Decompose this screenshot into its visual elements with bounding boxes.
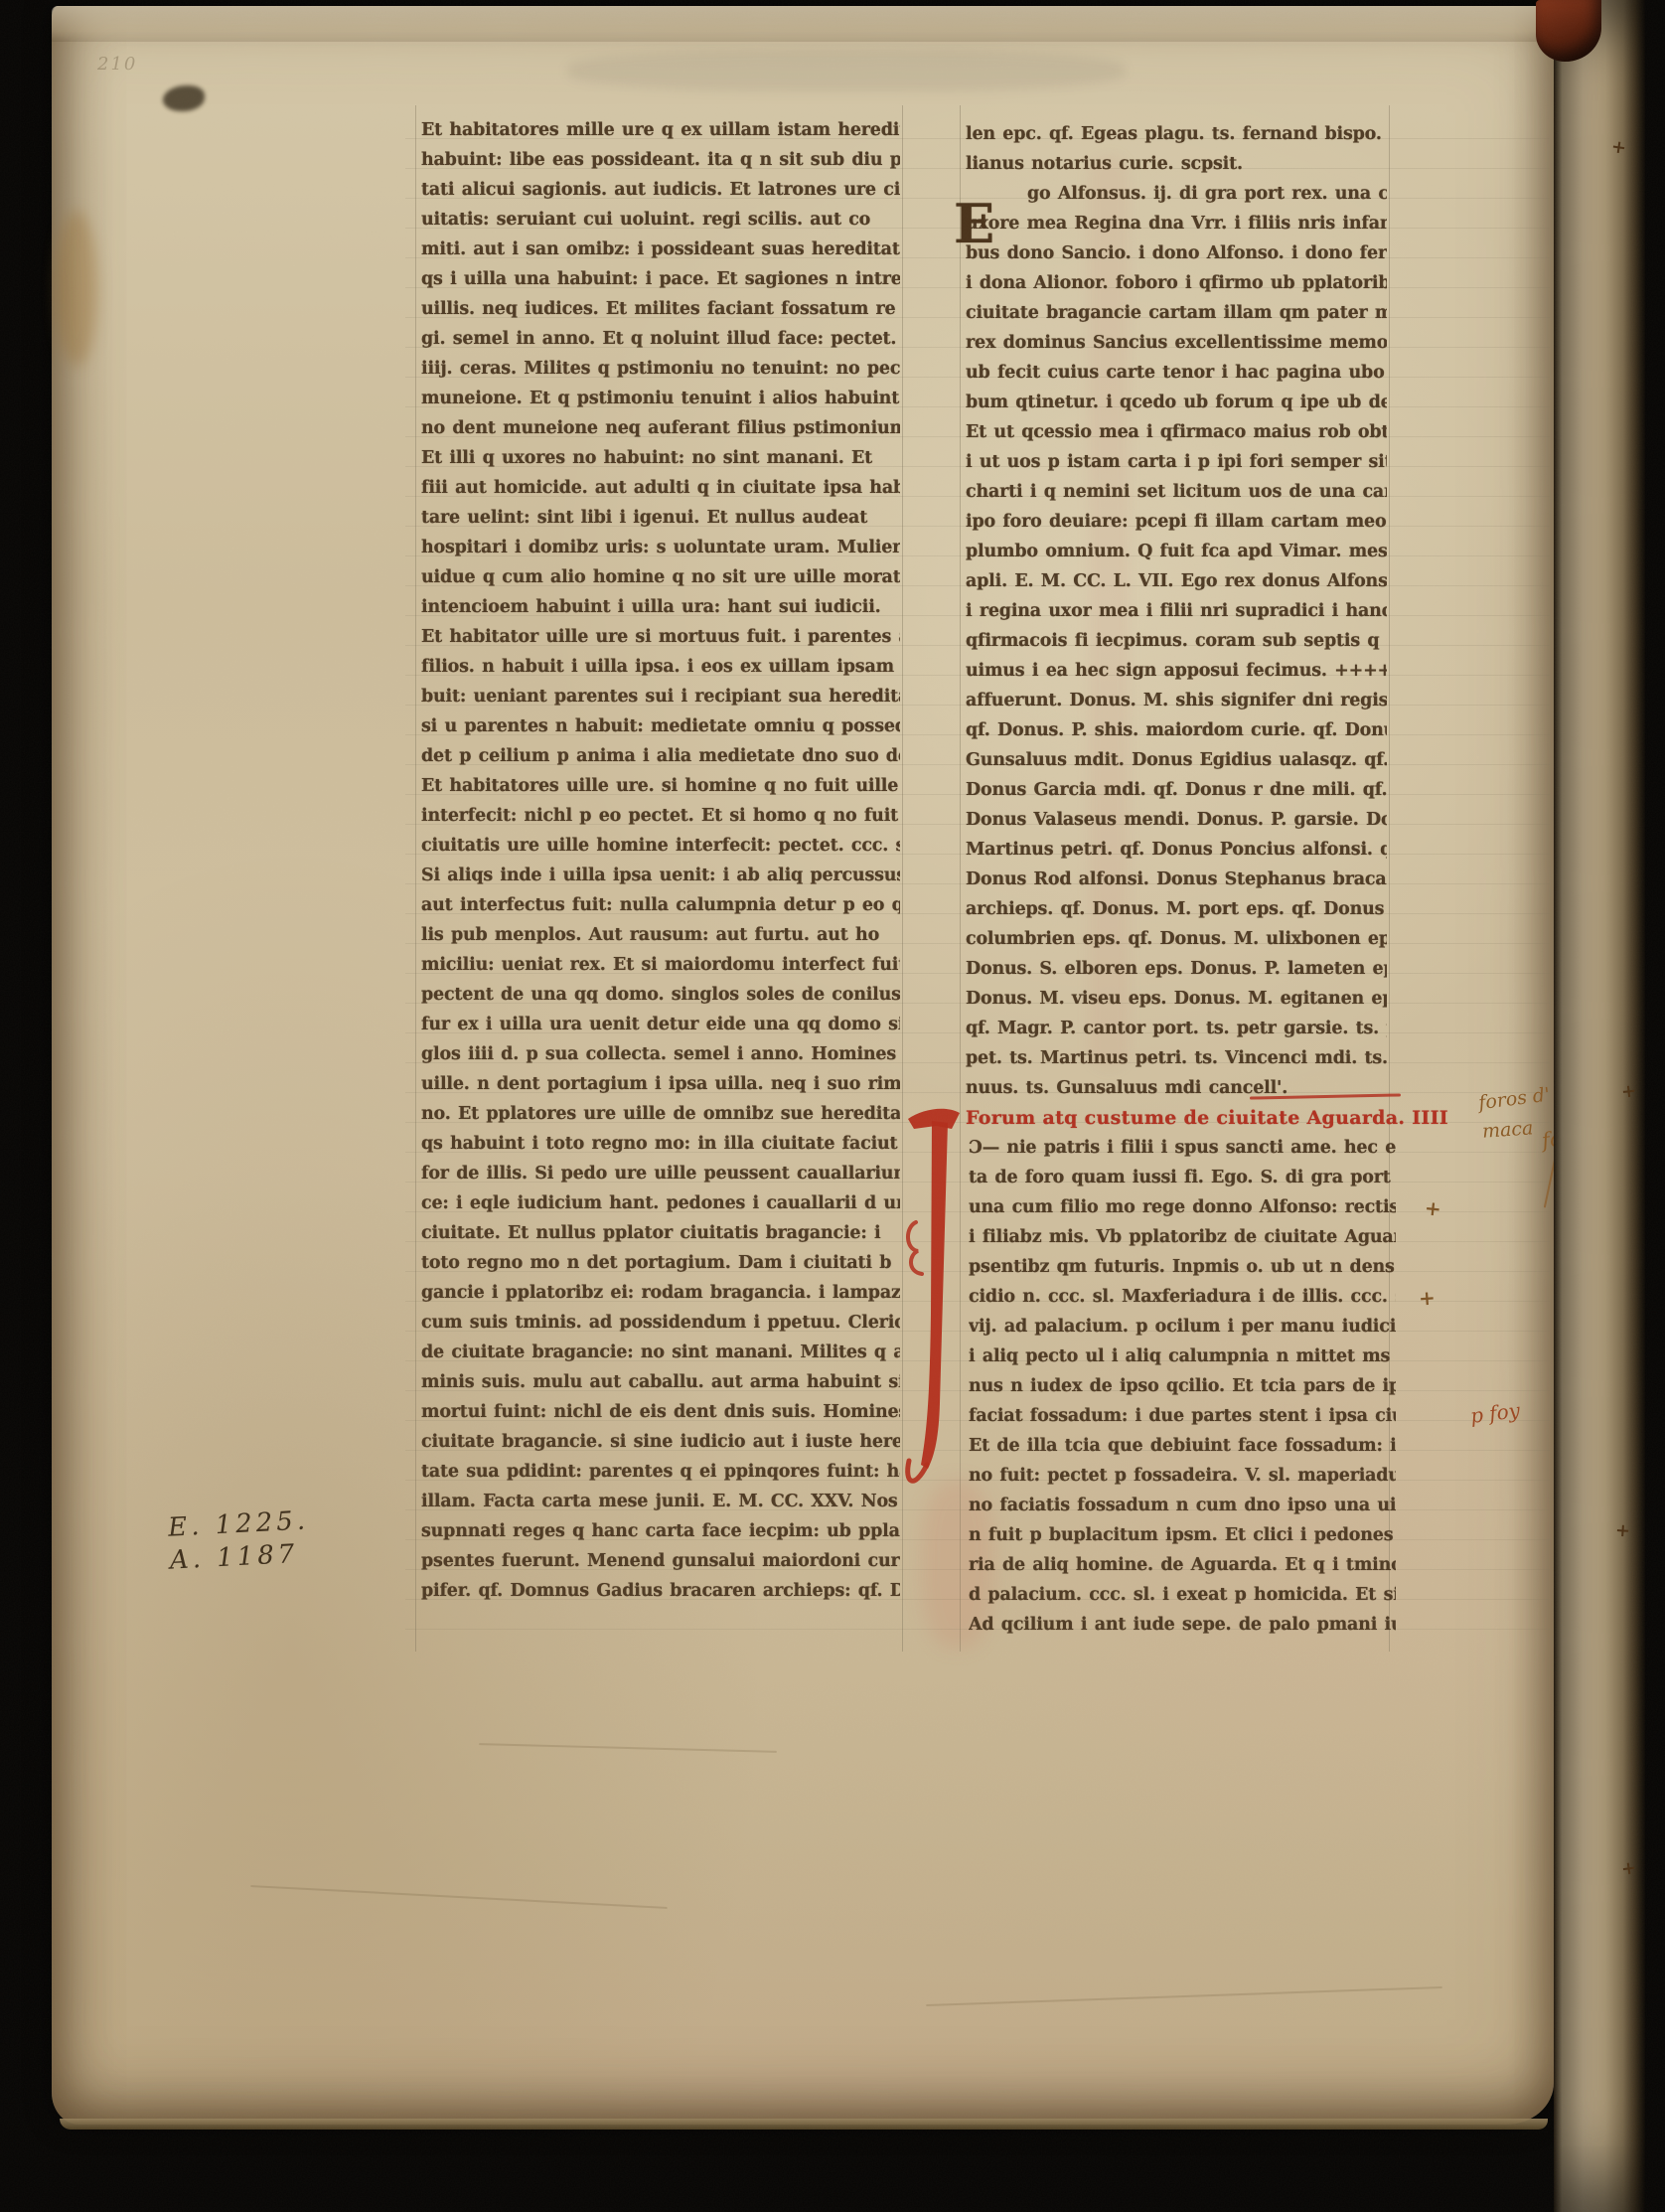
text-line: nus n iudex de ipso qcilio. Et tcia pars… [969, 1371, 1396, 1402]
text-line: Donus. M. viseu eps. Donus. M. egitanen … [966, 984, 1387, 1015]
text-line: tate sua pdidint: parentes q ei ppinqore… [421, 1457, 900, 1488]
text-line: supnnati reges q hanc carta face iecpim:… [421, 1516, 900, 1547]
margin-cross-mark: + [1424, 1195, 1442, 1221]
text-line: lianus notarius curie. scpsit. [966, 149, 1387, 180]
text-line: buit: ueniant parentes sui i recipiant s… [421, 682, 900, 712]
text-line: muneione. Et q pstimoniu tenuint i alios… [421, 384, 900, 414]
text-line: Donus Rod alfonsi. Donus Stephanus braca… [966, 865, 1387, 895]
text-line: Et habitatores mille ure q ex uillam ist… [421, 115, 900, 146]
text-line: habuint: libe eas possideant. ita q n si… [421, 145, 900, 176]
text-line: cum suis tminis. ad possidendum i ppetuu… [421, 1308, 900, 1339]
text-line: Et de illa tcia que debiuint face fossad… [969, 1431, 1396, 1462]
text-line: qs habuint i toto regno mo: in illa ciui… [421, 1129, 900, 1160]
margin-cross-mark: + [1418, 1285, 1436, 1310]
text-line: si u parentes n habuit: medietate omniu … [421, 711, 900, 742]
text-line: ciuitatis ure uille homine interfecit: p… [421, 831, 900, 862]
text-line: pectent de una qq domo. singlos soles de… [421, 980, 900, 1011]
text-line: ciuitate. Et nullus pplator ciuitatis br… [421, 1218, 900, 1249]
text-line: Martinus petri. qf. Donus Poncius alfons… [966, 835, 1387, 866]
text-line: no. Et pplatores ure uille de omnibz sue… [421, 1099, 900, 1130]
text-line: Gunsaluus mdit. Donus Egidius ualasqz. q… [966, 745, 1387, 776]
text-line: Donus Valaseus mendi. Donus. P. garsie. … [966, 805, 1387, 836]
right-text-column-forum-aguarda: Ɔ— nie patris i filii i spus sancti ame.… [969, 1133, 1396, 1640]
text-line: Ɔ— nie patris i filii i spus sancti ame.… [969, 1133, 1396, 1164]
text-line: i aliq pecto ul i aliq calumpnia n mitte… [969, 1342, 1396, 1372]
text-line: nuus. ts. Gunsaluus mdi cancell'. [966, 1073, 1387, 1104]
text-line: qfirmacois fi iecpimus. coram sub septis… [966, 626, 1387, 657]
text-line: Donus Garcia mdi. qf. Donus r dne mili. … [966, 775, 1387, 806]
text-line: hospitari i domibz uris: s uoluntate ura… [421, 533, 900, 563]
text-line: miciliu: ueniat rex. Et si maiordomu int… [421, 950, 900, 981]
text-line: fur ex i uilla ura uenit detur eide una … [421, 1010, 900, 1040]
text-line: psentibz qm futuris. Inpmis o. ub ut n d… [969, 1252, 1396, 1283]
ink-offset-smudge [568, 50, 1125, 91]
text-line: no dent muneione neq auferant filius pst… [421, 413, 900, 444]
text-line: glos iiii d. p sua collecta. semel i ann… [421, 1039, 900, 1070]
text-line: plumbo omnium. Q fuit fca apd Vimar. mes… [966, 537, 1387, 567]
text-line: lis pub menplos. Aut rausum: aut furtu. … [421, 920, 900, 951]
text-line: tare uelint: sint libi i igenui. Et null… [421, 503, 900, 534]
next-folio-edge: + + + + [1554, 0, 1645, 2212]
parchment-crease [926, 1986, 1442, 2006]
text-line: uille. n dent portagium i ipsa uilla. ne… [421, 1069, 900, 1100]
text-line: una cum filio mo rege donno Alfonso: rec… [969, 1192, 1396, 1223]
text-line: qf. Donus. P. shis. maiordom curie. qf. … [966, 715, 1387, 746]
text-line: intencioem habuint i uilla ura: hant sui… [421, 592, 900, 623]
year-line: A. 1187 [169, 1537, 311, 1577]
folio-number: 210 [97, 54, 137, 75]
text-line: Et habitator uille ure si mortuus fuit. … [421, 622, 900, 653]
text-line: uimus i ea hec sign apposui fecimus. +++… [966, 656, 1387, 687]
text-line: qf. Magr. P. cantor port. ts. petr garsi… [966, 1014, 1387, 1044]
text-line: qs i uilla una habuint: i pace. Et sagio… [421, 264, 900, 295]
text-line: Ad qcilium i ant iude sepe. de palo pman… [969, 1610, 1396, 1641]
text-line: Donus. S. elboren eps. Donus. P. lameten… [966, 954, 1387, 985]
text-line: uitatis: seruiant cui uoluint. regi scil… [421, 205, 900, 236]
ruling-vertical-line [415, 105, 416, 1652]
text-line: minis suis. mulu aut caballu. aut arma h… [421, 1367, 900, 1398]
text-line: pifer. qf. Domnus Gadius bracaren archie… [421, 1576, 900, 1607]
text-line: miti. aut i san omibz: i possideant suas… [421, 235, 900, 265]
text-line: de ciuitate bragancie: no sint manani. M… [421, 1338, 900, 1368]
text-line: ciuitate bragancie. si sine iudicio aut … [421, 1427, 900, 1458]
initial-letter-i-decorated [902, 1105, 964, 1506]
text-line: i regina uxor mea i filii nri supradici … [966, 596, 1387, 627]
right-text-column-charter: len epc. qf. Egeas plagu. ts. fernand bi… [966, 119, 1387, 1103]
text-line: psentes fuerunt. Menend gunsalui maiordo… [421, 1546, 900, 1577]
text-line: toto regno mo n det portagium. Dam i ciu… [421, 1248, 900, 1279]
text-line: vij. ad palacium. p ocilum i per manu iu… [969, 1312, 1396, 1343]
text-line: charti i q nemini set licitum uos de una… [966, 477, 1387, 508]
text-line: ria de aliq homine. de Aguarda. Et q i t… [969, 1550, 1396, 1581]
parchment-crease [479, 1743, 777, 1753]
page-bottom-edge [60, 2119, 1548, 2130]
manuscript-photo: 210 Et habitatores mille ure q ex uillam… [0, 0, 1665, 2212]
text-line: det p ceilium p anima i alia medietate d… [421, 741, 900, 772]
text-line: i ut uos p istam carta i p ipi fori semp… [966, 447, 1387, 478]
edge-cross-mark: + [1620, 1857, 1638, 1880]
text-line: Si aliqs inde i uilla ipsa uenit: i ab a… [421, 861, 900, 891]
initial-letter-e: E [954, 197, 994, 250]
text-line: uxore mea Regina dna Vrr. i filiis nris … [966, 209, 1387, 239]
text-line: iiij. ceras. Milites q pstimoniu no tenu… [421, 354, 900, 385]
edge-cross-mark: + [1620, 1080, 1637, 1102]
text-line: bum qtinetur. i qcedo ub forum q ipe ub … [966, 388, 1387, 418]
text-line: for de illis. Si pedo ure uille peussent… [421, 1159, 900, 1189]
text-line: fiii aut homicide. aut adulti q in ciuit… [421, 473, 900, 504]
parchment-crease [250, 1885, 668, 1909]
text-line: n fuit p buplacitum ipsm. Et clici i ped… [969, 1520, 1396, 1551]
text-line: len epc. qf. Egeas plagu. ts. fernand bi… [966, 119, 1387, 150]
text-line: i dona Alionor. foboro i qfirmo ub pplat… [966, 268, 1387, 299]
parchment-page: 210 Et habitatores mille ure q ex uillam… [52, 6, 1554, 2125]
text-line: faciat fossadum: i due partes stent i ip… [969, 1401, 1396, 1432]
text-line: interfecit: nichl p eo pectet. Et si hom… [421, 801, 900, 832]
text-line: bus dono Sancio. i dono Alfonso. i dono … [966, 238, 1387, 269]
text-line: d palacium. ccc. sl. i exeat p homicida.… [969, 1580, 1396, 1611]
text-line: rex dominus Sancius excellentissime memo… [966, 328, 1387, 359]
text-line: Et illi q uxores no habuint: no sint man… [421, 443, 900, 474]
text-line: no fuit: pectet p fossadeira. V. sl. map… [969, 1461, 1396, 1492]
text-line: aut interfectus fuit: nulla calumpnia de… [421, 890, 900, 921]
edge-cross-mark: + [1610, 136, 1628, 159]
text-line: affuerunt. Donus. M. shis signifer dni r… [966, 686, 1387, 716]
text-line: archieps. qf. Donus. M. port eps. qf. Do… [966, 894, 1387, 925]
text-line: Et habitatores uille ure. si homine q no… [421, 771, 900, 802]
text-line: no faciatis fossadum n cum dno ipso una … [969, 1491, 1396, 1521]
text-line: gi. semel in anno. Et q noluint illud fa… [421, 324, 900, 355]
archivist-date-note: E. 1225. A. 1187 [167, 1504, 311, 1577]
text-line: mortui fuint: nichl de eis dent dnis sui… [421, 1397, 900, 1428]
text-line: go Alfonsus. ij. di gra port rex. una cu… [966, 179, 1387, 210]
text-line: pet. ts. Martinus petri. ts. Vincenci md… [966, 1043, 1387, 1074]
text-line: apli. E. M. CC. L. VII. Ego rex donus Al… [966, 566, 1387, 597]
gutter-stain [56, 211, 97, 366]
text-line: gancie i pplatoribz ei: rodam bragancia.… [421, 1278, 900, 1309]
text-line: columbrien eps. qf. Donus. M. ulixbonen … [966, 924, 1387, 955]
text-line: ciuitate bragancie cartam illam qm pater… [966, 298, 1387, 329]
margin-note-maca: maca [1481, 1117, 1534, 1143]
ink-blot [163, 85, 205, 111]
text-line: cidio n. ccc. sl. Maxferiadura i de illi… [969, 1282, 1396, 1313]
left-text-column: Et habitatores mille ure q ex uillam ist… [421, 115, 900, 1606]
text-line: uillis. neq iudices. Et milites faciant … [421, 294, 900, 325]
text-line: tati alicui sagionis. aut iudicis. Et la… [421, 175, 900, 206]
text-line: Et ut qcessio mea i qfirmaco maius rob o… [966, 417, 1387, 448]
text-line: uidue q cum alio homine q no sit ure uil… [421, 562, 900, 593]
text-line: filios. n habuit i uilla ipsa. i eos ex … [421, 652, 900, 683]
text-line: ta de foro quam iussi fi. Ego. S. di gra… [969, 1163, 1396, 1193]
edge-cross-mark: + [1614, 1519, 1631, 1541]
text-line: ub fecit cuius carte tenor i hac pagina … [966, 358, 1387, 389]
initial-letter-i-text: I [52, 6, 53, 7]
text-line: ce: i eqle iudicium hant. pedones i caua… [421, 1188, 900, 1219]
chapter-rubric: Forum atq custume de ciuitate Aguarda. I… [966, 1103, 1482, 1133]
text-line: illam. Facta carta mese junii. E. M. CC.… [421, 1487, 900, 1517]
text-line: i filiabz mis. Vb pplatoribz de ciuitate… [969, 1222, 1396, 1253]
text-line: ipo foro deuiare: pcepi fi illam cartam … [966, 507, 1387, 538]
